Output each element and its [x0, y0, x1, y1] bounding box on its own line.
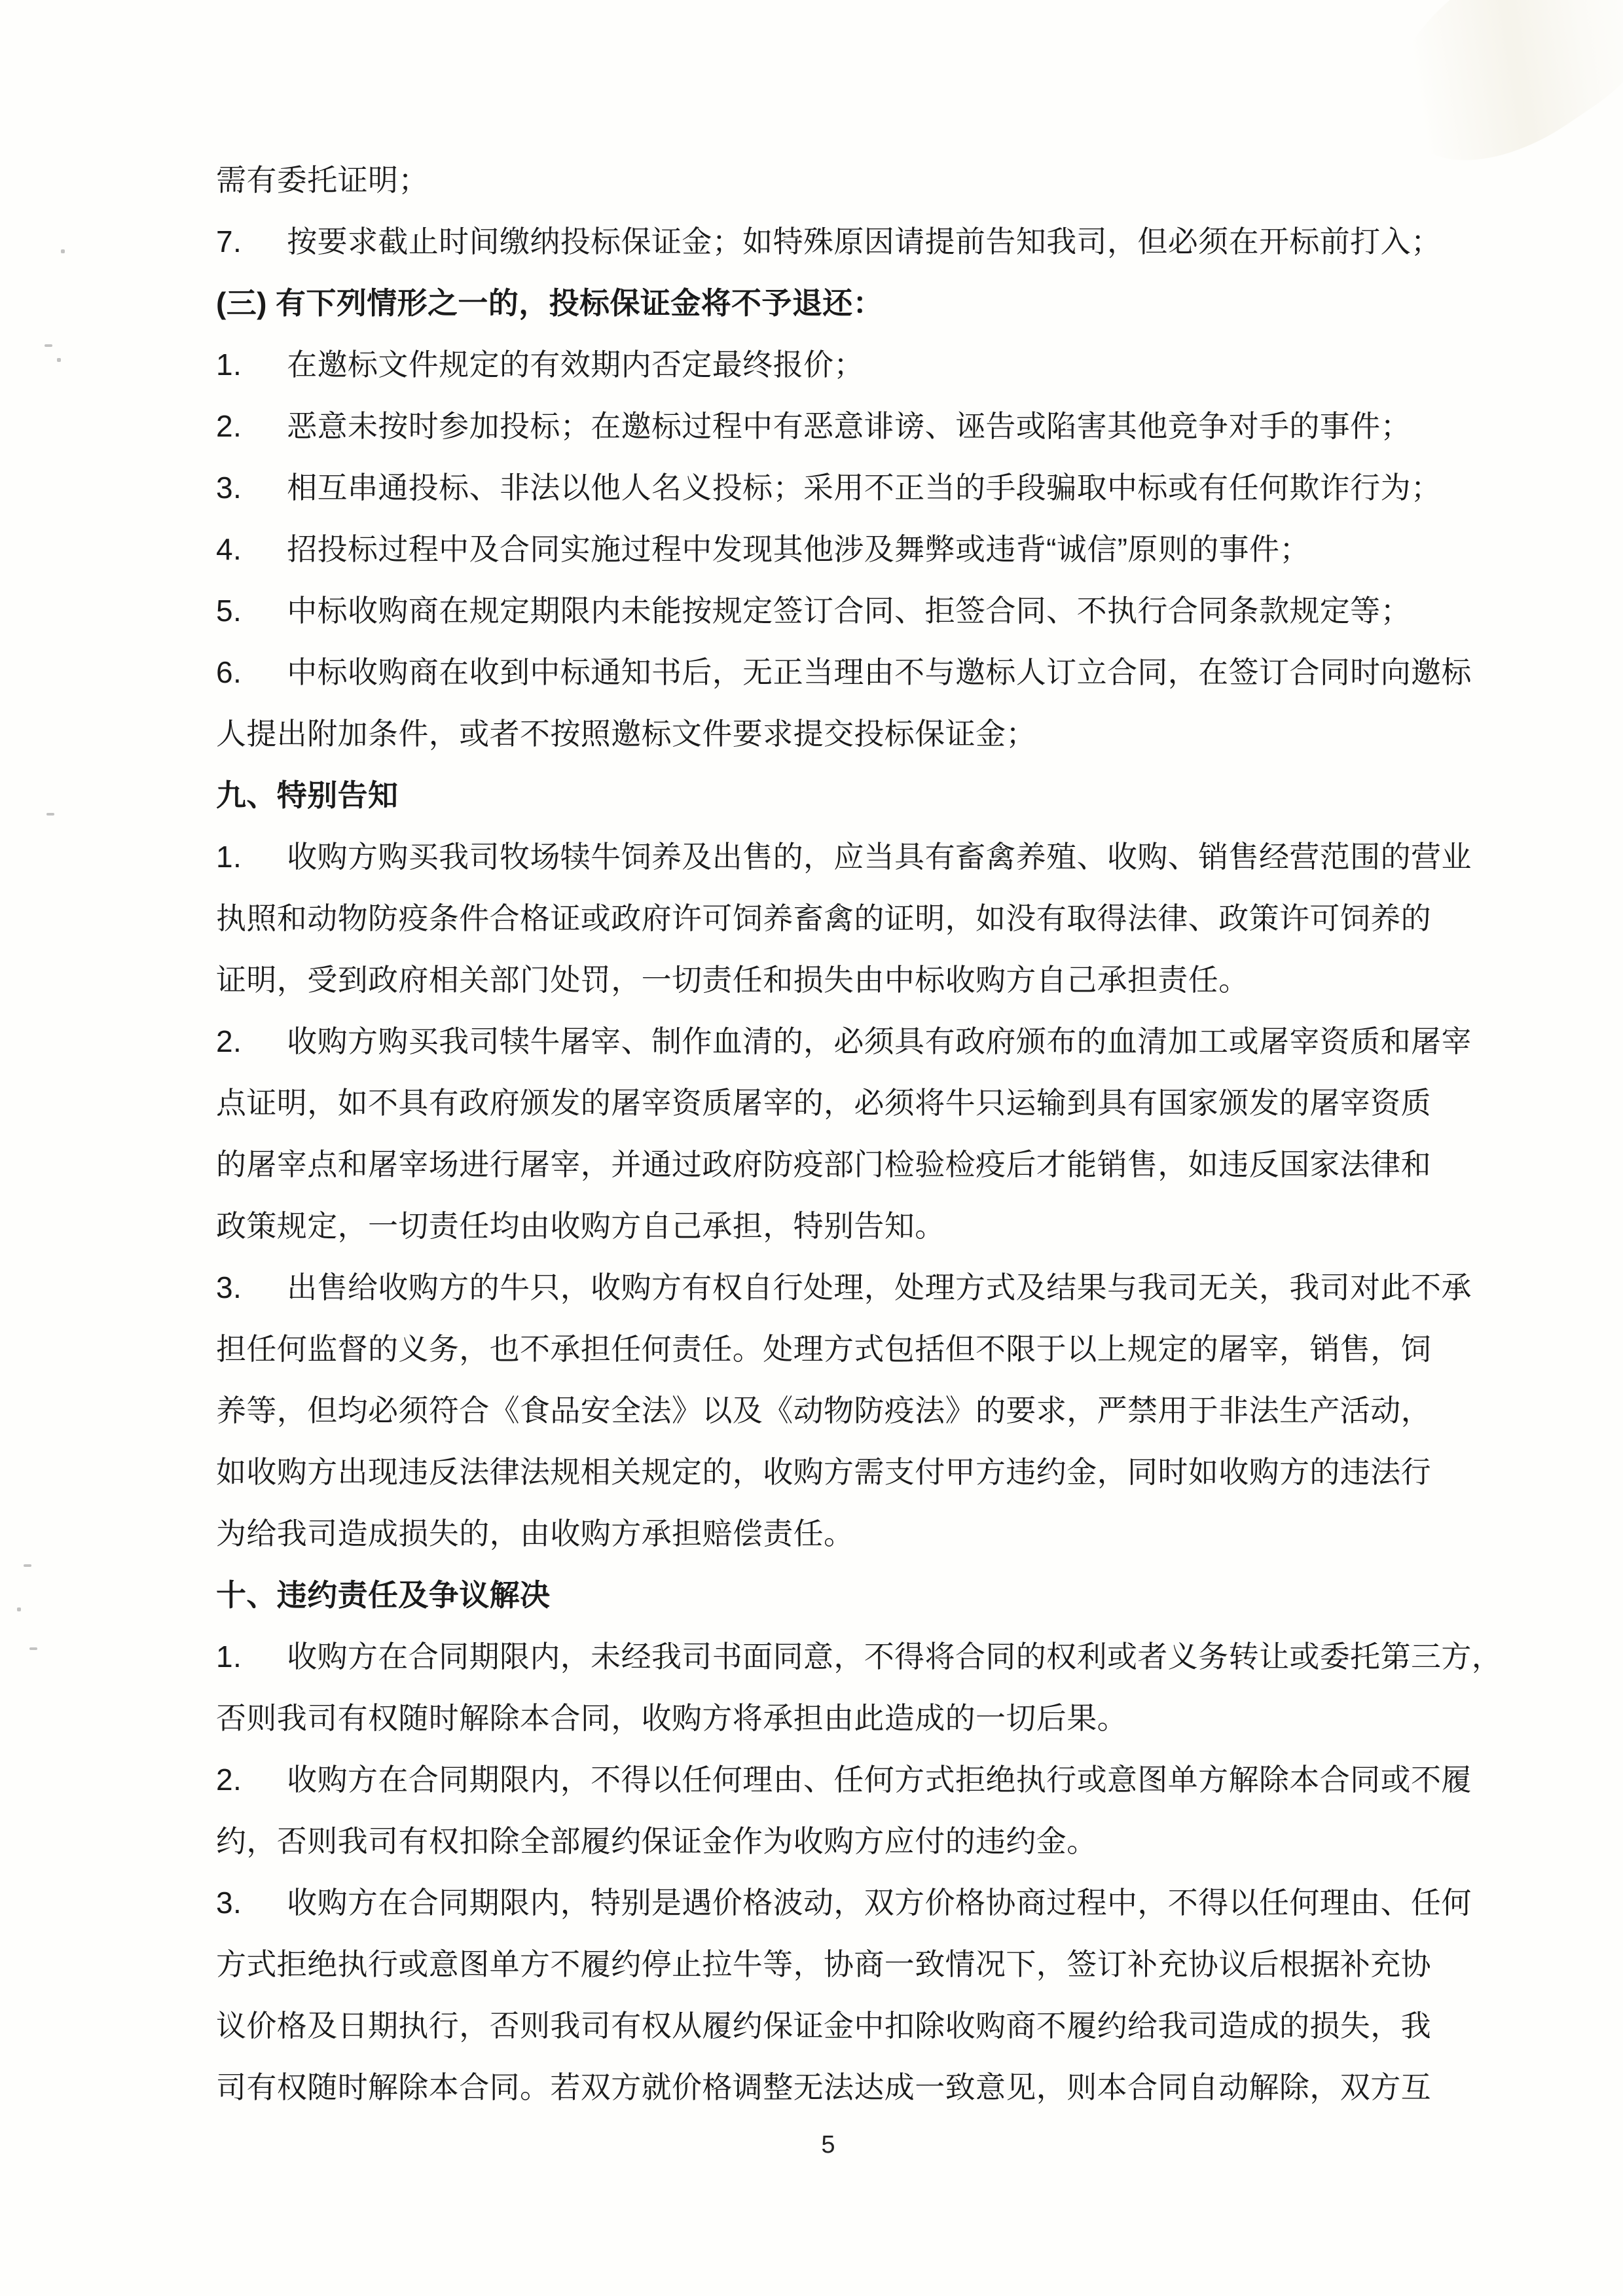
line-text: 议价格及日期执行，否则我司有权从履约保证金中扣除收购商不履约给我司造成的损失，我	[216, 2009, 1431, 2043]
scan-speckle	[29, 1647, 37, 1650]
text-line: 方式拒绝执行或意图单方不履约停止拉牛等，协商一致情况下，签订补充协议后根据补充协	[216, 1933, 1440, 1995]
line-text: 为给我司造成损失的，由收购方承担赔偿责任。	[216, 1516, 854, 1551]
line-text: 人提出附加条件，或者不按照邀标文件要求提交投标保证金；	[216, 717, 1036, 751]
list-number: 3.	[216, 1257, 278, 1318]
line-text: 中标收购商在规定期限内未能按规定签订合同、拒签合同、不执行合同条款规定等；	[287, 594, 1411, 628]
line-text: 执照和动物防疫条件合格证或政府许可饲养畜禽的证明，如没有取得法律、政策许可饲养的	[216, 901, 1431, 935]
line-text: 需有委托证明；	[216, 163, 429, 197]
list-number: 2.	[216, 1011, 278, 1072]
line-text: 出售给收购方的牛只，收购方有权自行处理，处理方式及结果与我司无关，我司对此不承	[287, 1270, 1472, 1304]
list-number: 4.	[216, 518, 278, 580]
scan-speckle	[61, 249, 65, 253]
text-line: 点证明，如不具有政府颁发的屠宰资质屠宰的，必须将牛只运输到具有国家颁发的屠宰资质	[216, 1072, 1440, 1134]
list-number: 3.	[216, 1872, 278, 1933]
line-text: 如收购方出现违反法律法规相关规定的，收购方需支付甲方违约金，同时如收购方的违法行	[216, 1455, 1431, 1489]
line-text: 的屠宰点和屠宰场进行屠宰，并通过政府防疫部门检验检疫后才能销售，如违反国家法律和	[216, 1147, 1431, 1181]
scan-speckle	[24, 1564, 31, 1567]
line-text: 否则我司有权随时解除本合同，收购方将承担由此造成的一切后果。	[216, 1701, 1127, 1735]
line-text: 证明，受到政府相关部门处罚，一切责任和损失由中标收购方自己承担责任。	[216, 963, 1249, 997]
text-line: 1. 在邀标文件规定的有效期内否定最终报价；	[216, 334, 1440, 395]
scan-speckle	[17, 1607, 21, 1611]
list-number: 1.	[216, 334, 278, 395]
text-line: 政策规定，一切责任均由收购方自己承担，特别告知。	[216, 1195, 1440, 1257]
text-line: 5. 中标收购商在规定期限内未能按规定签订合同、拒签合同、不执行合同条款规定等；	[216, 580, 1440, 641]
line-text: 养等，但均必须符合《食品安全法》以及《动物防疫法》的要求，严禁用于非法生产活动，	[216, 1393, 1431, 1427]
scan-speckle	[45, 344, 52, 347]
line-text: 相互串通投标、非法以他人名义投标；采用不正当的手段骗取中标或有任何欺诈行为；	[287, 471, 1441, 505]
line-text: 政策规定，一切责任均由收购方自己承担，特别告知。	[216, 1209, 945, 1243]
line-text: 九、特别告知	[216, 778, 398, 812]
list-number: 7.	[216, 211, 278, 272]
text-line: 约，否则我司有权扣除全部履约保证金作为收购方应付的违约金。	[216, 1810, 1440, 1872]
text-line: 为给我司造成损失的，由收购方承担赔偿责任。	[216, 1503, 1440, 1564]
line-text: 收购方在合同期限内，不得以任何理由、任何方式拒绝执行或意图单方解除本合同或不履	[287, 1763, 1472, 1797]
line-text: (三) 有下列情形之一的，投标保证金将不予退还：	[216, 286, 883, 320]
line-text: 约，否则我司有权扣除全部履约保证金作为收购方应付的违约金。	[216, 1824, 1097, 1858]
line-text: 司有权随时解除本合同。若双方就价格调整无法达成一致意见，则本合同自动解除，双方互	[216, 2070, 1431, 2104]
line-text: 十、违约责任及争议解决	[216, 1578, 550, 1612]
text-line: 2. 收购方购买我司犊牛屠宰、制作血清的，必须具有政府颁布的血清加工或屠宰资质和…	[216, 1011, 1440, 1072]
scan-speckle	[46, 813, 54, 816]
text-line: 十、违约责任及争议解决	[216, 1564, 1440, 1626]
list-number: 6.	[216, 641, 278, 703]
line-text: 收购方购买我司犊牛屠宰、制作血清的，必须具有政府颁布的血清加工或屠宰资质和屠宰	[287, 1024, 1472, 1058]
line-text: 担任何监督的义务，也不承担任何责任。处理方式包括但不限于以上规定的屠宰，销售，饲	[216, 1332, 1431, 1366]
list-number: 3.	[216, 457, 278, 518]
line-text: 点证明，如不具有政府颁发的屠宰资质屠宰的，必须将牛只运输到具有国家颁发的屠宰资质	[216, 1086, 1431, 1120]
text-line: (三) 有下列情形之一的，投标保证金将不予退还：	[216, 272, 1440, 334]
text-line: 2. 恶意未按时参加投标；在邀标过程中有恶意诽谤、诬告或陷害其他竞争对手的事件；	[216, 395, 1440, 457]
line-text: 收购方购买我司牧场犊牛饲养及出售的，应当具有畜禽养殖、收购、销售经营范围的营业	[287, 840, 1472, 874]
text-line: 2. 收购方在合同期限内，不得以任何理由、任何方式拒绝执行或意图单方解除本合同或…	[216, 1749, 1440, 1810]
contract-text: 需有委托证明； 7. 按要求截止时间缴纳投标保证金；如特殊原因请提前告知我司，但…	[216, 149, 1440, 2118]
text-line: 九、特别告知	[216, 764, 1440, 826]
text-line: 养等，但均必须符合《食品安全法》以及《动物防疫法》的要求，严禁用于非法生产活动，	[216, 1380, 1440, 1441]
text-line: 否则我司有权随时解除本合同，收购方将承担由此造成的一切后果。	[216, 1687, 1440, 1749]
text-line: 3. 出售给收购方的牛只，收购方有权自行处理，处理方式及结果与我司无关，我司对此…	[216, 1257, 1440, 1318]
text-line: 的屠宰点和屠宰场进行屠宰，并通过政府防疫部门检验检疫后才能销售，如违反国家法律和	[216, 1134, 1440, 1195]
text-line: 1. 收购方在合同期限内，未经我司书面同意，不得将合同的权利或者义务转让或委托第…	[216, 1626, 1440, 1687]
line-text: 方式拒绝执行或意图单方不履约停止拉牛等，协商一致情况下，签订补充协议后根据补充协	[216, 1947, 1431, 1981]
text-line: 如收购方出现违反法律法规相关规定的，收购方需支付甲方违约金，同时如收购方的违法行	[216, 1441, 1440, 1503]
list-number: 1.	[216, 826, 278, 888]
text-line: 1. 收购方购买我司牧场犊牛饲养及出售的，应当具有畜禽养殖、收购、销售经营范围的…	[216, 826, 1440, 888]
text-line: 议价格及日期执行，否则我司有权从履约保证金中扣除收购商不履约给我司造成的损失，我	[216, 1995, 1440, 2056]
text-line: 6. 中标收购商在收到中标通知书后，无正当理由不与邀标人订立合同，在签订合同时向…	[216, 641, 1440, 703]
list-number: 1.	[216, 1626, 278, 1687]
text-line: 证明，受到政府相关部门处罚，一切责任和损失由中标收购方自己承担责任。	[216, 949, 1440, 1011]
text-line: 4. 招投标过程中及合同实施过程中发现其他涉及舞弊或违背“诚信”原则的事件；	[216, 518, 1440, 580]
text-line: 担任何监督的义务，也不承担任何责任。处理方式包括但不限于以上规定的屠宰，销售，饲	[216, 1318, 1440, 1380]
text-line: 7. 按要求截止时间缴纳投标保证金；如特殊原因请提前告知我司，但必须在开标前打入…	[216, 211, 1440, 272]
line-text: 在邀标文件规定的有效期内否定最终报价；	[287, 348, 864, 382]
text-line: 执照和动物防疫条件合格证或政府许可饲养畜禽的证明，如没有取得法律、政策许可饲养的	[216, 888, 1440, 949]
list-number: 2.	[216, 395, 278, 457]
text-line: 人提出附加条件，或者不按照邀标文件要求提交投标保证金；	[216, 703, 1440, 764]
scanned-contract-page: 需有委托证明； 7. 按要求截止时间缴纳投标保证金；如特殊原因请提前告知我司，但…	[0, 0, 1623, 2296]
list-number: 2.	[216, 1749, 278, 1810]
line-text: 收购方在合同期限内，未经我司书面同意，不得将合同的权利或者义务转让或委托第三方，	[287, 1640, 1502, 1674]
text-line: 需有委托证明；	[216, 149, 1440, 211]
line-text: 中标收购商在收到中标通知书后，无正当理由不与邀标人订立合同，在签订合同时向邀标	[287, 655, 1472, 689]
text-line: 3. 相互串通投标、非法以他人名义投标；采用不正当的手段骗取中标或有任何欺诈行为…	[216, 457, 1440, 518]
list-number: 5.	[216, 580, 278, 641]
page-number: 5	[216, 2125, 1440, 2164]
text-line: 司有权随时解除本合同。若双方就价格调整无法达成一致意见，则本合同自动解除，双方互	[216, 2056, 1440, 2118]
scan-speckle	[57, 358, 61, 362]
line-text: 恶意未按时参加投标；在邀标过程中有恶意诽谤、诬告或陷害其他竞争对手的事件；	[287, 409, 1411, 443]
line-text: 招投标过程中及合同实施过程中发现其他涉及舞弊或违背“诚信”原则的事件；	[287, 532, 1310, 566]
text-line: 3. 收购方在合同期限内，特别是遇价格波动，双方价格协商过程中，不得以任何理由、…	[216, 1872, 1440, 1933]
line-text: 收购方在合同期限内，特别是遇价格波动，双方价格协商过程中，不得以任何理由、任何	[287, 1886, 1472, 1920]
line-text: 按要求截止时间缴纳投标保证金；如特殊原因请提前告知我司，但必须在开标前打入；	[287, 224, 1441, 259]
